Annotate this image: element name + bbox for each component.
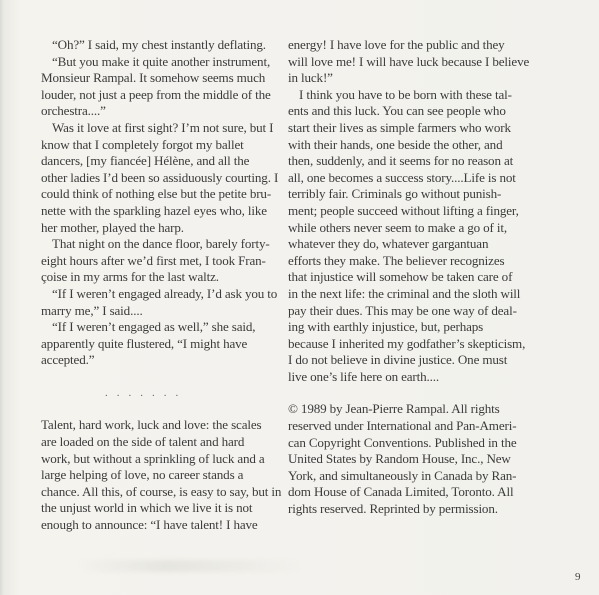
text-line: the unjust world in which we live it is … xyxy=(41,500,291,517)
copyright-notice: © 1989 by Jean-Pierre Rampal. All rights… xyxy=(288,401,550,517)
text-line: large helping of love, no career stands … xyxy=(41,467,291,484)
text-line: know that I completely forgot my ballet xyxy=(41,137,291,154)
copyright-line: © 1989 by Jean-Pierre Rampal. All rights xyxy=(288,401,550,418)
text-line: “If I weren’t engaged as well,” she said… xyxy=(41,319,291,336)
text-line: “But you make it quite another instrumen… xyxy=(41,54,291,71)
text-line: because I inherited my godfather’s skept… xyxy=(288,336,550,353)
text-line: work, but without a sprinkling of luck a… xyxy=(41,451,291,468)
copyright-line: can Copyright Conventions. Published in … xyxy=(288,435,550,452)
text-line: with their hands, one beside the other, … xyxy=(288,137,550,154)
text-line: “Oh?” I said, my chest instantly deflati… xyxy=(41,37,291,54)
left-column: “Oh?” I said, my chest instantly deflati… xyxy=(41,37,291,534)
booklet-page: “Oh?” I said, my chest instantly deflati… xyxy=(0,0,599,595)
text-line: in the next life: the criminal and the s… xyxy=(288,286,550,303)
section-separator-dots: ....... xyxy=(41,385,291,402)
text-line: nette with the sparkling hazel eyes who,… xyxy=(41,203,291,220)
text-line: ment; people succeed without lifting a f… xyxy=(288,203,550,220)
text-line: all, one becomes a success story....Life… xyxy=(288,170,550,187)
text-line: louder, not just a peep from the middle … xyxy=(41,87,291,104)
text-line: will love me! I will have luck because I… xyxy=(288,54,550,71)
text-line: other ladies I’d been so assiduously cou… xyxy=(41,170,291,187)
text-line: start their lives as simple farmers who … xyxy=(288,120,550,137)
text-line: marry me,” I said.... xyxy=(41,303,291,320)
text-line: That night on the dance floor, barely fo… xyxy=(41,236,291,253)
text-line: chance. All this, of course, is easy to … xyxy=(41,484,291,501)
copyright-line: reserved under International and Pan-Ame… xyxy=(288,418,550,435)
text-line: çoise in my arms for the last waltz. xyxy=(41,269,291,286)
copyright-line: York, and simultaneously in Canada by Ra… xyxy=(288,468,550,485)
text-line: energy! I have love for the public and t… xyxy=(288,37,550,54)
text-line: then, suddenly, and it seems for no reas… xyxy=(288,153,550,170)
text-line: pay their dues. This may be one way of d… xyxy=(288,303,550,320)
text-line: I think you have to be born with these t… xyxy=(288,87,550,104)
text-line: dancers, [my fiancée] Hélène, and all th… xyxy=(41,153,291,170)
text-line: are loaded on the side of talent and har… xyxy=(41,434,291,451)
spacer xyxy=(41,401,291,417)
text-line: orchestra....” xyxy=(41,103,291,120)
text-line: eight hours after we’d first met, I took… xyxy=(41,253,291,270)
text-line: Monsieur Rampal. It somehow seems much xyxy=(41,70,291,87)
text-line: live one’s life here on earth.... xyxy=(288,369,550,386)
spacer xyxy=(288,385,550,401)
copyright-line: dom House of Canada Limited, Toronto. Al… xyxy=(288,484,550,501)
text-line: efforts they make. The believer recogniz… xyxy=(288,253,550,270)
text-line: Was it love at first sight? I’m not sure… xyxy=(41,120,291,137)
text-line: “If I weren’t engaged already, I’d ask y… xyxy=(41,286,291,303)
text-line: ing with earthly injustice, but, perhaps xyxy=(288,319,550,336)
text-line: Talent, hard work, luck and love: the sc… xyxy=(41,417,291,434)
right-column: energy! I have love for the public and t… xyxy=(288,37,550,518)
text-line: enough to announce: “I have talent! I ha… xyxy=(41,517,291,534)
text-line: whatever they do, whatever gargantuan xyxy=(288,236,550,253)
text-line: could think of nothing else but the peti… xyxy=(41,186,291,203)
text-line: in luck!” xyxy=(288,70,550,87)
text-line: that injustice will somehow be taken car… xyxy=(288,269,550,286)
show-through-texture xyxy=(80,560,300,572)
spacer xyxy=(41,369,291,385)
text-line: apparently quite flustered, “I might hav… xyxy=(41,336,291,353)
text-line: ents and this luck. You can see people w… xyxy=(288,103,550,120)
text-line: I do not believe in divine justice. One … xyxy=(288,352,550,369)
text-line: terribly fair. Criminals go without puni… xyxy=(288,186,550,203)
text-line: while others never seem to make a go of … xyxy=(288,220,550,237)
text-line: accepted.” xyxy=(41,352,291,369)
copyright-line: rights reserved. Reprinted by permission… xyxy=(288,501,550,518)
page-number: 9 xyxy=(575,571,581,583)
copyright-line: United States by Random House, Inc., New xyxy=(288,451,550,468)
text-line: her mother, played the harp. xyxy=(41,220,291,237)
